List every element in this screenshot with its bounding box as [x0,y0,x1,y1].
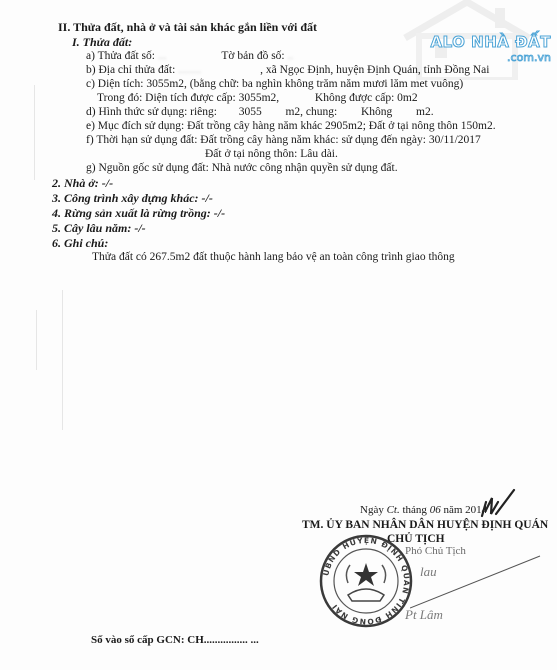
usage-term-row: f) Thời hạn sử dụng đất: Đất trồng cây h… [86,133,481,147]
perennial-trees-row: 5. Cây lâu năm: -/- [52,221,146,235]
date-day: Ct. [387,504,400,516]
date-month: 06 [430,504,441,516]
signer-name: Pt Lâm [405,608,443,622]
usage-purpose-row: e) Mục đích sử dụng: Đất trồng cây hàng … [86,119,496,133]
usage-form-row: d) Hình thức sử dụng: riêng: 3055 m2, ch… [86,105,434,119]
usage-origin-row: g) Nguồn gốc sử dụng đất: Nhà nước công … [86,161,398,175]
date-prefix: Ngày [360,504,384,516]
usage-form-private: 3055 [239,106,262,118]
scan-artifact [34,85,35,180]
usage-form-unit2: m2. [416,106,434,118]
signature-organization: TM. ỦY BAN NHÂN DÂN HUYỆN ĐỊNH QUÁN [302,518,548,532]
signature-date: Ngày Ct. tháng 06 năm 2014 [360,503,487,517]
parcel-number-label: a) Thửa đất số: [86,50,155,62]
notes-title: 6. Ghi chú: [52,236,108,250]
usage-term-residential: Đất ở tại nông thôn: Lâu dài. [205,147,338,161]
official-stamp-icon: UBND HUYỆN ĐỊNH QUÁN TỈNH ĐỒNG NAI [318,533,414,629]
usage-form-label: d) Hình thức sử dụng: riêng: [86,106,217,118]
usage-form-unit1: m2, chung: [285,106,337,118]
address-redacted: ........ [178,63,260,77]
house-row: 2. Nhà ở: -/- [52,176,113,190]
map-sheet-value: .. [288,49,308,63]
watermark-domain: .com.vn [507,51,551,64]
section-title: II. Thửa đất, nhà ở và tài sản khác gắn … [58,20,317,34]
notes-text: Thửa đất có 267.5m2 đất thuộc hành lang … [92,250,455,264]
other-construction-row: 3. Công trình xây dựng khác: -/- [52,191,213,205]
watermark-brand: ALO NHÀ ĐẤT [431,33,551,51]
date-month-label: tháng [402,504,426,516]
initial-mark-icon [478,488,518,522]
area-detail-row: Trong đó: Diện tích được cấp: 3055m2, Kh… [97,91,418,105]
area-not-granted: Không được cấp: 0m2 [315,92,418,104]
area-granted: Trong đó: Diện tích được cấp: 3055m2, [97,92,279,104]
address-value: , xã Ngọc Định, huyện Định Quán, tỉnh Đồ… [260,64,489,76]
production-forest-row: 4. Rừng sản xuất là rừng trồng: -/- [52,206,225,220]
land-subtitle: I. Thửa đất: [72,35,132,49]
usage-form-shared: Không [361,106,392,118]
address-label: b) Địa chỉ thửa đất: [86,64,175,76]
registry-number: Số vào sổ cấp GCN: CH................ ..… [91,633,259,647]
map-sheet-label: Tờ bản đồ số: [221,50,284,62]
scan-artifact [36,310,37,370]
area-row: c) Diện tích: 3055m2, (bằng chữ: ba nghì… [86,77,463,91]
parcel-number-row: a) Thửa đất số: ... Tờ bản đồ số: .. [86,49,308,63]
scan-artifact [62,290,63,430]
land-certificate-page: ALO NHÀ ĐẤT .com.vn II. Thửa đất, nhà ở … [0,0,557,670]
signature-scribble: lau [420,565,437,579]
address-row: b) Địa chỉ thửa đất: ........, xã Ngọc Đ… [86,63,489,77]
parcel-number-value: ... [158,49,198,63]
